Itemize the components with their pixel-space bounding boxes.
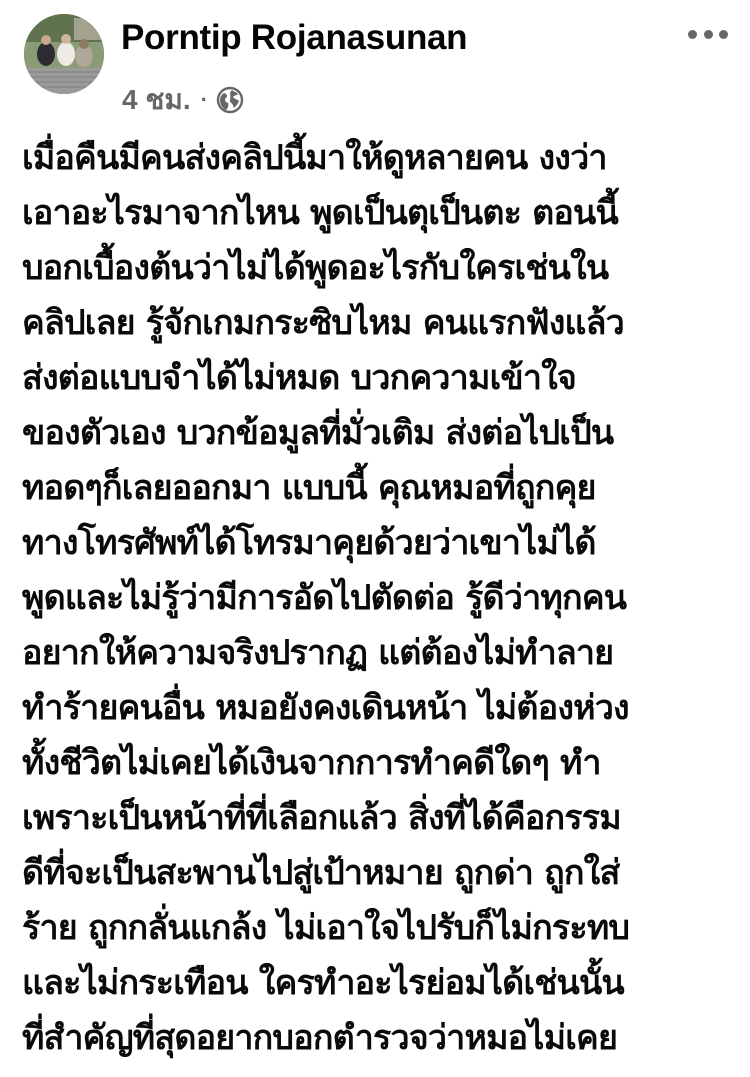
post-header: Porntip Rojanasunan 4 ชม. · <box>0 0 750 125</box>
post-text-line: เอาอะไรมาจากไหน พูดเป็นตุเป็นตะ ตอนนี้ <box>22 186 734 240</box>
post-text-line: ทำร้ายคนอื่น หมอยังคงเดินหน้า ไม่ต้องห่ว… <box>22 681 734 735</box>
more-options-button[interactable] <box>688 22 728 46</box>
post-text-line: ดีที่จะเป็นสะพานไปสู่เป้าหมาย ถูกด่า ถูก… <box>22 846 734 900</box>
post-text-line: ทั้งชีวิตไม่เคยได้เงินจากการทำคดีใดๆ ทำ <box>22 736 734 790</box>
post-text-line: ทอดๆก็เลยออกมา แบบนี้ คุณหมอที่ถูกคุย <box>22 461 734 515</box>
post-text-line: ที่สำคัญที่สุดอยากบอกตำรวจว่าหมอไม่เคย <box>22 1011 734 1065</box>
post-text-line: คลิปเลย รู้จักเกมกระซิบไหม คนแรกฟังแล้ว <box>22 296 734 350</box>
globe-icon[interactable] <box>216 86 244 114</box>
post-text-line: เมื่อคืนมีคนส่งคลิปนี้มาให้ดูหลายคน งงว่… <box>22 131 734 185</box>
post-text-line: ร้าย ถูกกลั่นแกล้ง ไม่เอาใจไปรับก็ไม่กระ… <box>22 901 734 955</box>
post-body: เมื่อคืนมีคนส่งคลิปนี้มาให้ดูหลายคน งงว่… <box>22 130 734 1065</box>
post-text-line: อยากให้ความจริงปรากฏ แต่ต้องไม่ทำลาย <box>22 626 734 680</box>
post-text-line: บอกเบื้องต้นว่าไม่ได้พูดอะไรกับใครเช่นใน <box>22 241 734 295</box>
post-text-line: ทางโทรศัพท์ได้โทรมาคุยด้วยว่าเขาไม่ได้ <box>22 516 734 570</box>
more-dot-icon <box>719 30 728 39</box>
post-text-line: ส่งต่อแบบจำได้ไม่หมด บวกความเข้าใจ <box>22 351 734 405</box>
post-text-line: และไม่กระเทือน ใครทำอะไรย่อมได้เช่นนั้น <box>22 956 734 1010</box>
post-text-line: ของตัวเอง บวกข้อมูลที่มั่วเติม ส่งต่อไปเ… <box>22 406 734 460</box>
post-text-line: พูดและไม่รู้ว่ามีการอัดไปตัดต่อ รู้ดีว่า… <box>22 571 734 625</box>
meta-separator: · <box>201 87 208 113</box>
author-avatar[interactable] <box>24 14 104 94</box>
more-dot-icon <box>704 30 713 39</box>
more-dot-icon <box>688 30 697 39</box>
profile-photo-icon <box>24 14 104 94</box>
post-text-line: เพราะเป็นหน้าที่ที่เลือกแล้ว สิ่งที่ได้ค… <box>22 791 734 845</box>
post-timestamp[interactable]: 4 ชม. <box>122 78 191 122</box>
post-meta: 4 ชม. · <box>122 80 244 120</box>
author-name[interactable]: Porntip Rojanasunan <box>121 18 467 58</box>
